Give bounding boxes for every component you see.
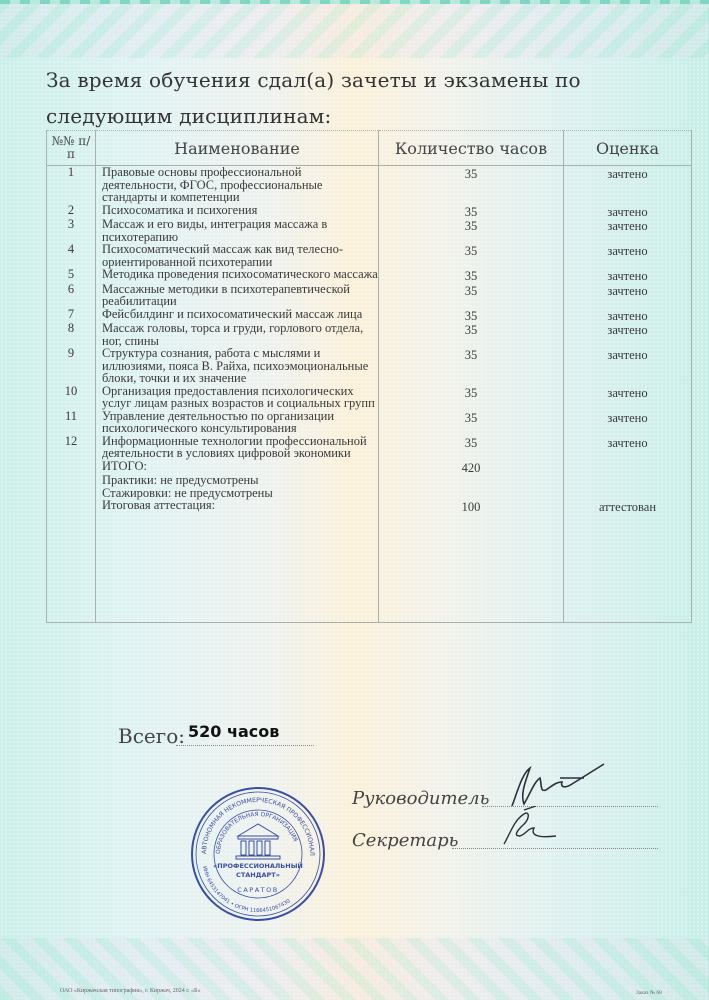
table-row: 9Структура сознания, работа с мыслями и … xyxy=(47,347,692,385)
row-name: Итоговая аттестация: xyxy=(96,499,379,514)
empty-cell xyxy=(47,514,96,623)
table-row: 1Правовые основы профессиональной деятел… xyxy=(47,166,692,204)
table-row: 12Информационные технологии профессионал… xyxy=(47,435,692,460)
row-number: 1 xyxy=(47,166,96,204)
row-grade-value: аттестован xyxy=(599,499,656,514)
building-icon xyxy=(236,824,280,859)
row-grade xyxy=(564,487,692,500)
head-signature-icon xyxy=(500,760,610,810)
row-grade: зачтено xyxy=(564,218,692,243)
intro-text: За время обучения сдал(а) зачеты и экзам… xyxy=(46,62,666,134)
row-hours: 100 xyxy=(379,499,564,514)
row-number: 12 xyxy=(47,435,96,460)
row-hours-value: 35 xyxy=(465,166,478,181)
table-row: 2Психосоматика и психогения35зачтено xyxy=(47,204,692,219)
table-body: 1Правовые основы профессиональной деятел… xyxy=(47,166,692,623)
table-header-row: №№ п/п Наименование Количество часов Оце… xyxy=(47,131,692,166)
total-value: 520 часов xyxy=(188,722,279,741)
row-number: 2 xyxy=(47,204,96,219)
row-hours-value: 35 xyxy=(465,204,478,219)
table-row: ИТОГО:420 xyxy=(47,460,692,475)
row-grade-value: зачтено xyxy=(607,283,647,298)
row-name: Фейсбилдинг и психосоматический массаж л… xyxy=(96,308,379,323)
row-number: 4 xyxy=(47,243,96,268)
row-name: ИТОГО: xyxy=(96,460,379,475)
row-name: Психосоматический массаж как вид телесно… xyxy=(96,243,379,268)
row-hours-value: 35 xyxy=(465,435,478,450)
row-grade xyxy=(564,460,692,475)
row-grade xyxy=(564,474,692,487)
table-row: 11Управление деятельностью по организаци… xyxy=(47,410,692,435)
row-number: 8 xyxy=(47,322,96,347)
row-hours: 35 xyxy=(379,218,564,243)
row-hours-value: 35 xyxy=(465,308,478,323)
empty-cell xyxy=(379,514,564,623)
stamp-center-line2: СТАНДАРТ» xyxy=(236,871,280,879)
row-name: Психосоматика и психогения xyxy=(96,204,379,219)
table-row: 6Массажные методики в психотерапевтическ… xyxy=(47,283,692,308)
organization-stamp: АВТОНОМНАЯ НЕКОММЕРЧЕСКАЯ ПРОФЕССИОНАЛЬН… xyxy=(188,784,328,924)
top-ornament-band xyxy=(0,0,709,58)
empty-cell xyxy=(96,514,379,623)
row-grade: зачтено xyxy=(564,243,692,268)
row-hours: 35 xyxy=(379,166,564,204)
row-grade-value: зачтено xyxy=(607,435,647,450)
table-row: 10Организация предоставления психологиче… xyxy=(47,385,692,410)
row-grade: зачтено xyxy=(564,308,692,323)
row-name: Информационные технологии профессиональн… xyxy=(96,435,379,460)
row-grade: зачтено xyxy=(564,435,692,460)
row-name: Структура сознания, работа с мыслями и и… xyxy=(96,347,379,385)
row-name: Организация предоставления психологическ… xyxy=(96,385,379,410)
row-grade: зачтено xyxy=(564,268,692,283)
row-hours: 35 xyxy=(379,308,564,323)
header-grade: Оценка xyxy=(564,131,692,166)
secretary-signature-line xyxy=(452,848,658,849)
total-label: Всего: xyxy=(118,724,185,748)
stamp-outer-text: АВТОНОМНАЯ НЕКОММЕРЧЕСКАЯ ПРОФЕССИОНАЛЬН… xyxy=(188,784,315,856)
row-grade: зачтено xyxy=(564,283,692,308)
row-number xyxy=(47,474,96,487)
row-hours: 35 xyxy=(379,385,564,410)
table-row: 5Методика проведения психосоматического … xyxy=(47,268,692,283)
secretary-signature-label: Секретарь xyxy=(352,830,458,851)
row-grade-value: зачтено xyxy=(607,268,647,283)
row-grade-value: зачтено xyxy=(607,322,647,337)
row-hours-value: 35 xyxy=(465,243,478,258)
row-name: Практики: не предусмотрены xyxy=(96,474,379,487)
row-name: Массажные методики в психотерапевтическо… xyxy=(96,283,379,308)
row-number xyxy=(47,487,96,500)
row-grade-value: зачтено xyxy=(607,385,647,400)
row-hours xyxy=(379,474,564,487)
row-grade-value: зачтено xyxy=(607,204,647,219)
row-hours xyxy=(379,487,564,500)
row-hours: 35 xyxy=(379,435,564,460)
row-hours-value: 35 xyxy=(465,385,478,400)
table-empty-space xyxy=(47,514,692,623)
printer-info: ОАО «Киржачская типография», г. Киржач, … xyxy=(60,988,200,994)
row-hours-value: 100 xyxy=(462,499,481,514)
row-grade: зачтено xyxy=(564,322,692,347)
row-name: Правовые основы профессиональной деятель… xyxy=(96,166,379,204)
row-grade: зачтено xyxy=(564,385,692,410)
row-grade: зачтено xyxy=(564,204,692,219)
row-hours-value: 35 xyxy=(465,322,478,337)
row-grade: зачтено xyxy=(564,347,692,385)
row-hours: 420 xyxy=(379,460,564,475)
row-grade: аттестован xyxy=(564,499,692,514)
row-hours-value: 35 xyxy=(465,268,478,283)
row-hours: 35 xyxy=(379,268,564,283)
row-grade: зачтено xyxy=(564,410,692,435)
row-name: Массаж головы, торса и груди, горлового … xyxy=(96,322,379,347)
table-row: Практики: не предусмотрены xyxy=(47,474,692,487)
row-grade: зачтено xyxy=(564,166,692,204)
secretary-signature-icon xyxy=(500,806,560,848)
header-number: №№ п/п xyxy=(47,131,96,166)
row-hours-value: 35 xyxy=(465,283,478,298)
row-grade-value: зачтено xyxy=(607,243,647,258)
row-hours-value: 35 xyxy=(465,347,478,362)
row-number: 3 xyxy=(47,218,96,243)
order-number: Заказ № 68 xyxy=(636,990,662,996)
row-number: 9 xyxy=(47,347,96,385)
row-hours-value: 420 xyxy=(462,460,481,475)
table-row: 4Психосоматический массаж как вид телесн… xyxy=(47,243,692,268)
row-grade-value: зачтено xyxy=(607,218,647,233)
row-hours: 35 xyxy=(379,347,564,385)
row-hours-value: 35 xyxy=(465,410,478,425)
row-hours: 35 xyxy=(379,322,564,347)
row-number: 5 xyxy=(47,268,96,283)
table-row: 8Массаж головы, торса и груди, горлового… xyxy=(47,322,692,347)
row-grade-value: зачтено xyxy=(607,347,647,362)
table-row: 7Фейсбилдинг и психосоматический массаж … xyxy=(47,308,692,323)
table-row: 3Массаж и его виды, интеграция массажа в… xyxy=(47,218,692,243)
stamp-city: САРАТОВ xyxy=(237,886,278,894)
row-name: Методика проведения психосоматического м… xyxy=(96,268,379,283)
header-name: Наименование xyxy=(96,131,379,166)
total-underline xyxy=(176,745,314,746)
row-number: 10 xyxy=(47,385,96,410)
row-number xyxy=(47,460,96,475)
top-edge-border xyxy=(0,0,709,4)
row-hours: 35 xyxy=(379,283,564,308)
row-grade-value: зачтено xyxy=(607,166,647,181)
row-number xyxy=(47,499,96,514)
row-number: 11 xyxy=(47,410,96,435)
header-hours: Количество часов xyxy=(379,131,564,166)
table-row: Итоговая аттестация:100аттестован xyxy=(47,499,692,514)
row-hours: 35 xyxy=(379,243,564,268)
row-name: Управление деятельностью по организации … xyxy=(96,410,379,435)
row-hours: 35 xyxy=(379,204,564,219)
row-hours: 35 xyxy=(379,410,564,435)
empty-cell xyxy=(564,514,692,623)
row-grade-value: зачтено xyxy=(607,410,647,425)
row-grade-value: зачтено xyxy=(607,308,647,323)
stamp-center-line1: «ПРОФЕССИОНАЛЬНЫЙ xyxy=(213,861,303,870)
head-signature-label: Руководитель xyxy=(352,788,489,809)
svg-text:АВТОНОМНАЯ НЕКОММЕРЧЕСКАЯ ПРОФ: АВТОНОМНАЯ НЕКОММЕРЧЕСКАЯ ПРОФЕССИОНАЛЬН… xyxy=(188,784,315,856)
row-hours-value: 35 xyxy=(465,218,478,233)
row-number: 7 xyxy=(47,308,96,323)
row-name: Массаж и его виды, интеграция массажа в … xyxy=(96,218,379,243)
disciplines-table: №№ п/п Наименование Количество часов Оце… xyxy=(46,130,692,623)
row-number: 6 xyxy=(47,283,96,308)
